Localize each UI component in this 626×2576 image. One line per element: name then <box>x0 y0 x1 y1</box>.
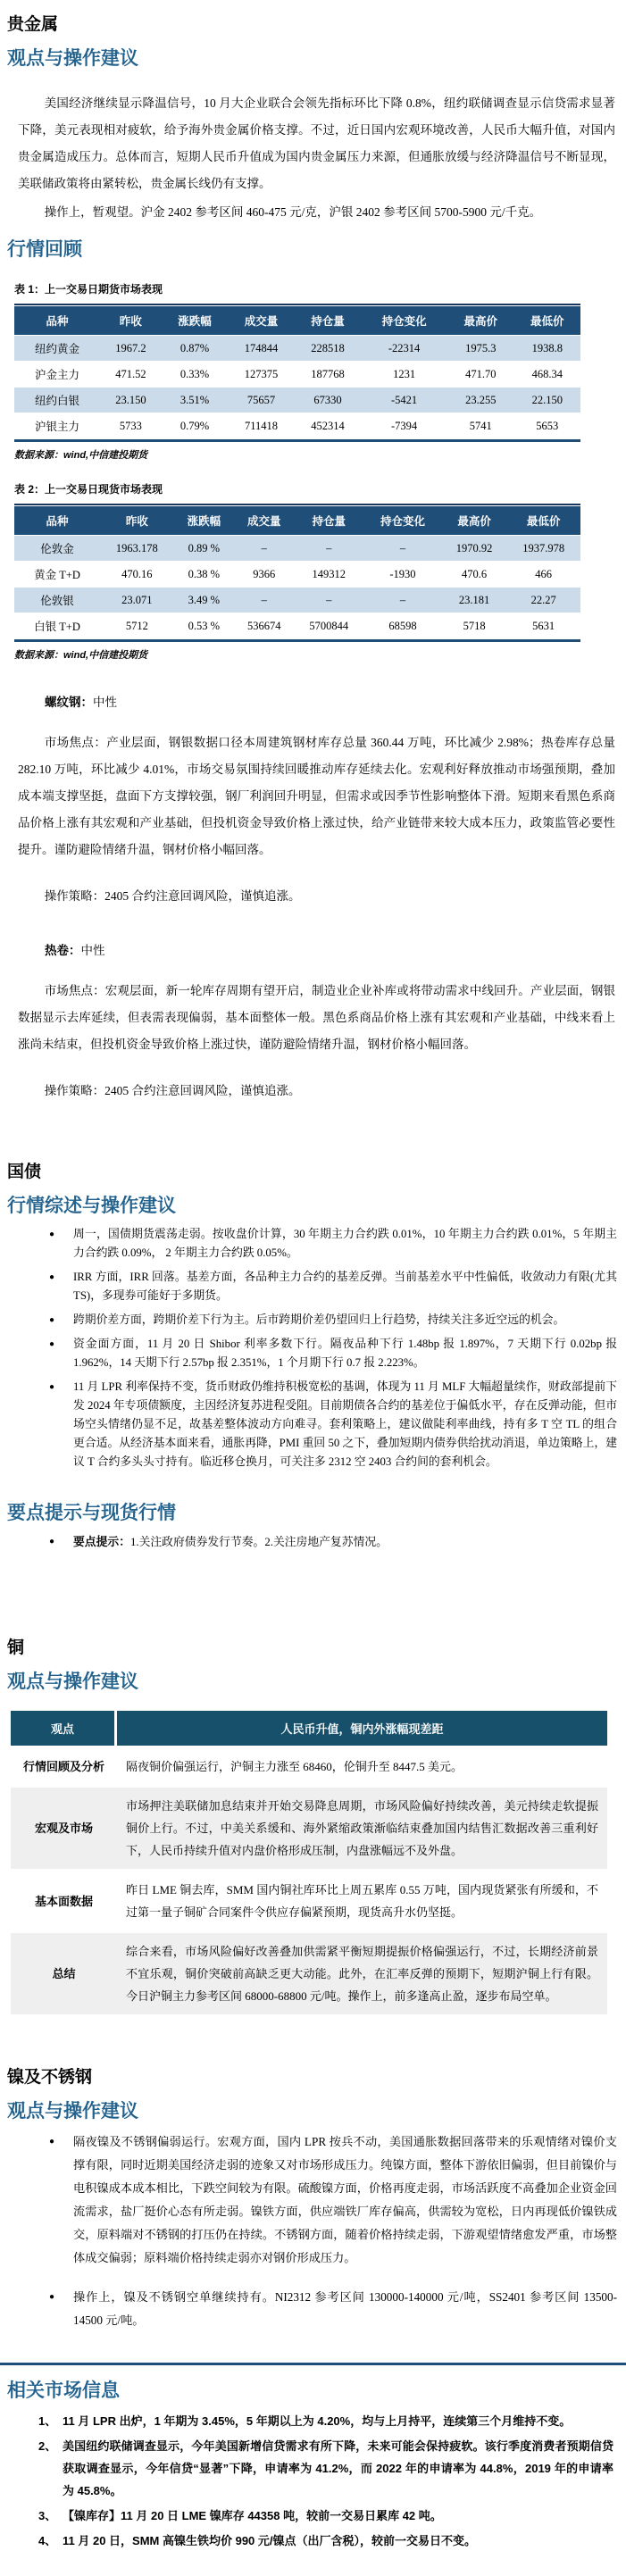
table-cell: 1938.8 <box>514 336 581 361</box>
table-cell: 0.87% <box>162 336 228 361</box>
data-source-note: 数据来源：wind,中信建投期货 <box>14 447 626 462</box>
table-cell: 3.51% <box>162 388 228 413</box>
hot-coil-rating: 中性 <box>81 944 105 957</box>
view-row-text: 隔夜铜价偏强运行，沪铜主力涨至 68460，伦铜升至 8447.5 美元。 <box>117 1748 607 1785</box>
nickel-bullet-list: 隔夜镍及不锈钢偏弱运行。宏观方面，国内 LPR 按兵不动，美国通胀数据回落带来的… <box>0 2130 617 2332</box>
table-cell: 1967.2 <box>100 336 162 361</box>
table-cell: 0.89 % <box>174 536 234 561</box>
spot-table: 品种 昨收 涨跌幅 成交量 持仓量 持仓变化 最高价 最低价 伦敦金 1963.… <box>14 504 580 642</box>
bullet-item: 跨期价差方面，跨期价差下行为主。后市跨期价差仍望回归上行趋势，持续关注多近空远的… <box>73 1311 617 1330</box>
table-cell: 3.49 % <box>174 588 234 613</box>
table-cell: 1937.978 <box>506 536 580 561</box>
col-prev-close: 昨收 <box>100 506 174 535</box>
table-cell: 711418 <box>228 413 294 438</box>
rebar-rating-line: 螺纹钢：中性 <box>45 692 615 710</box>
view-table-row: 宏观及市场 市场押注美联储加息结束并开始交易降息周期，市场风险偏好持续改善，美元… <box>11 1788 607 1869</box>
table-cell: 452314 <box>295 413 361 438</box>
heading-market-info: 相关市场信息 <box>7 2376 626 2403</box>
hot-coil-label: 热卷： <box>45 944 81 957</box>
table-cell: 187768 <box>295 362 361 387</box>
col-oi-change: 持仓变化 <box>363 506 442 535</box>
table-cell: -22314 <box>361 336 447 361</box>
table-cell: 0.53 % <box>174 613 234 638</box>
table-row: 纽约黄金 1967.2 0.87% 174844 228518 -22314 1… <box>14 336 580 361</box>
futures-table-caption: 表 1：上一交易日期货市场表现 <box>14 281 626 296</box>
table-row: 沪金主力 471.52 0.33% 127375 187768 1231 471… <box>14 362 580 387</box>
view-row-text: 昨日 LME 铜去库，SMM 国内铜社库环比上周五累库 0.55 万吨，国内现货… <box>117 1872 607 1930</box>
table-row: 黄金 T+D 470.16 0.38 % 9366 149312 -1930 4… <box>14 562 580 587</box>
view-table-row: 基本面数据 昨日 LME 铜去库，SMM 国内铜社库环比上周五累库 0.55 万… <box>11 1872 607 1930</box>
bonds-keypoint-list: 要点提示：1.关注政府债券发行节奏。2.关注房地产复苏情况。 <box>0 1532 617 1552</box>
bullet-item: 要点提示：1.关注政府债券发行节奏。2.关注房地产复苏情况。 <box>73 1532 617 1552</box>
market-info-item: 2、 美国纽约联储调查显示，今年美国新增信贷需求有所下降，未来可能会保持疲软。该… <box>38 2435 613 2502</box>
table-cell: 纽约白银 <box>14 388 100 413</box>
table-cell: 5700844 <box>295 613 364 638</box>
col-change: 涨跌幅 <box>174 506 234 535</box>
table-cell: 23.071 <box>100 588 174 613</box>
heading-nickel-advice: 观点与操作建议 <box>7 2097 626 2123</box>
bullet-item: 资金面方面，11 月 20 日 Shibor 利率多数下行。隔夜品种下行 1.4… <box>73 1335 617 1372</box>
view-header-label: 观点 <box>11 1711 117 1746</box>
table-cell: – <box>295 536 364 561</box>
table-cell: 22.27 <box>506 588 580 613</box>
market-info-list: 1、 11 月 LPR 出炉，1 年期为 3.45%，5 年期以上为 4.20%… <box>0 2410 626 2552</box>
table-cell: 23.255 <box>447 388 513 413</box>
bullet-item: 隔夜镍及不锈钢偏弱运行。宏观方面，国内 LPR 按兵不动，美国通胀数据回落带来的… <box>73 2130 617 2270</box>
view-header-title: 人民币升值，铜内外涨幅现差距 <box>117 1711 607 1746</box>
table-row: 白银 T+D 5712 0.53 % 536674 5700844 68598 … <box>14 613 580 638</box>
table-cell: 沪金主力 <box>14 362 100 387</box>
col-low: 最低价 <box>514 306 581 335</box>
view-row-label: 宏观及市场 <box>11 1788 117 1869</box>
table-cell: 22.150 <box>514 388 581 413</box>
table-cell: 468.34 <box>514 362 581 387</box>
bullet-item: 操作上，镍及不锈钢空单继续持有。NI2312 参考区间 130000-14000… <box>73 2286 617 2332</box>
table-cell: 23.181 <box>442 588 506 613</box>
view-row-label: 总结 <box>11 1933 117 2014</box>
table-cell: 67330 <box>295 388 361 413</box>
rebar-label: 螺纹钢： <box>45 696 93 709</box>
table-cell: 沪银主力 <box>14 413 100 438</box>
table-cell: -5421 <box>361 388 447 413</box>
item-number: 1、 <box>38 2410 63 2432</box>
table-cell: 75657 <box>228 388 294 413</box>
view-row-label: 基本面数据 <box>11 1872 117 1930</box>
table-cell: 5631 <box>506 613 580 638</box>
table-cell: 174844 <box>228 336 294 361</box>
table-cell: 1970.92 <box>442 536 506 561</box>
table-cell: 5653 <box>514 413 581 438</box>
table-cell: – <box>295 588 364 613</box>
rebar-rating: 中性 <box>93 696 117 709</box>
item-number: 2、 <box>38 2435 63 2502</box>
col-variety: 品种 <box>14 306 100 335</box>
table-row: 伦敦银 23.071 3.49 % – – – 23.181 22.27 <box>14 588 580 613</box>
table-cell: – <box>234 536 294 561</box>
item-number: 4、 <box>38 2530 63 2552</box>
paragraph-hot-coil-strategy: 操作策略：2405 合约注意回调风险，谨慎追涨。 <box>18 1078 615 1105</box>
col-high: 最高价 <box>447 306 513 335</box>
table-cell: 白银 T+D <box>14 613 100 638</box>
col-open-interest: 持仓量 <box>295 506 364 535</box>
keypoint-label: 要点提示： <box>73 1535 130 1548</box>
market-info-item: 3、 【镍库存】11 月 20 日 LME 镍库存 44358 吨，较前一交易日… <box>38 2505 613 2527</box>
table-cell: 0.79% <box>162 413 228 438</box>
col-oi-change: 持仓变化 <box>361 306 447 335</box>
market-info-item: 1、 11 月 LPR 出炉，1 年期为 3.45%，5 年期以上为 4.20%… <box>38 2410 613 2432</box>
table-row: 沪银主力 5733 0.79% 711418 452314 -7394 5741… <box>14 413 580 438</box>
paragraph-pm-operation: 操作上，暂观望。沪金 2402 参考区间 460-475 元/克，沪银 2402… <box>18 199 615 226</box>
table-cell: -7394 <box>361 413 447 438</box>
table-cell: 1231 <box>361 362 447 387</box>
section-title-nickel: 镍及不锈钢 <box>7 2063 626 2088</box>
bullet-item: 11 月 LPR 利率保持不变，货币财政仍维持积极宽松的基调，体现为 11 月 … <box>73 1378 617 1471</box>
table-cell: 466 <box>506 562 580 587</box>
table-header-row: 品种 昨收 涨跌幅 成交量 持仓量 持仓变化 最高价 最低价 <box>14 306 580 335</box>
table-cell: 黄金 T+D <box>14 562 100 587</box>
bullet-item: 周一，国债期货震荡走弱。按收盘价计算，30 年期主力合约跌 0.01%，10 年… <box>73 1225 617 1263</box>
table-cell: 471.52 <box>100 362 162 387</box>
paragraph-rebar-focus: 市场焦点：产业层面，钢银数据口径本周建筑钢材库存总量 360.44 万吨，环比减… <box>18 729 615 863</box>
col-volume: 成交量 <box>228 306 294 335</box>
copper-view-table: 观点 人民币升值，铜内外涨幅现差距 行情回顾及分析 隔夜铜价偏强运行，沪铜主力涨… <box>11 1708 607 2017</box>
table-cell: 470.6 <box>442 562 506 587</box>
report-page: 贵金属 观点与操作建议 美国经济继续显示降温信号，10 月大企业联合会领先指标环… <box>0 0 626 2576</box>
bonds-bullet-list: 周一，国债期货震荡走弱。按收盘价计算，30 年期主力合约跌 0.01%，10 年… <box>0 1225 617 1471</box>
table-cell: 536674 <box>234 613 294 638</box>
table-cell: 228518 <box>295 336 361 361</box>
paragraph-hot-coil-focus: 市场焦点：宏观层面，新一轮库存周期有望开启，制造业企业补库或将带动需求中线回升。… <box>18 978 615 1058</box>
col-change: 涨跌幅 <box>162 306 228 335</box>
heading-copper-advice: 观点与操作建议 <box>7 1667 626 1694</box>
table-cell: 1975.3 <box>447 336 513 361</box>
table-cell: 0.38 % <box>174 562 234 587</box>
data-source-note: 数据来源：wind,中信建投期货 <box>14 647 626 662</box>
col-open-interest: 持仓量 <box>295 306 361 335</box>
view-row-label: 行情回顾及分析 <box>11 1748 117 1785</box>
table-cell: 470.16 <box>100 562 174 587</box>
table-cell: 68598 <box>363 613 442 638</box>
table-cell: 5741 <box>447 413 513 438</box>
table-cell: -1930 <box>363 562 442 587</box>
table-cell: 149312 <box>295 562 364 587</box>
col-variety: 品种 <box>14 506 100 535</box>
section-title-copper: 铜 <box>7 1634 626 1658</box>
view-table-header-row: 观点 人民币升值，铜内外涨幅现差距 <box>11 1711 607 1746</box>
heading-bonds-summary: 行情综述与操作建议 <box>7 1191 626 1218</box>
item-text: 美国纽约联储调查显示，今年美国新增信贷需求有所下降，未来可能会保持疲软。该行季度… <box>63 2435 613 2502</box>
heading-advice-precious-metals: 观点与操作建议 <box>7 44 626 71</box>
item-text: 11 月 LPR 出炉，1 年期为 3.45%，5 年期以上为 4.20%，均与… <box>63 2410 613 2432</box>
table-cell: 0.33% <box>162 362 228 387</box>
table-cell: – <box>234 588 294 613</box>
table-cell: 5718 <box>442 613 506 638</box>
col-volume: 成交量 <box>234 506 294 535</box>
table-header-row: 品种 昨收 涨跌幅 成交量 持仓量 持仓变化 最高价 最低价 <box>14 506 580 535</box>
spot-table-caption: 表 2：上一交易日现货市场表现 <box>14 481 626 496</box>
table-row: 伦敦金 1963.178 0.89 % – – – 1970.92 1937.9… <box>14 536 580 561</box>
col-low: 最低价 <box>506 506 580 535</box>
table-row: 纽约白银 23.150 3.51% 75657 67330 -5421 23.2… <box>14 388 580 413</box>
table-cell: 纽约黄金 <box>14 336 100 361</box>
table-cell: 5733 <box>100 413 162 438</box>
table-cell: 127375 <box>228 362 294 387</box>
hot-coil-rating-line: 热卷：中性 <box>45 940 615 958</box>
futures-table: 品种 昨收 涨跌幅 成交量 持仓量 持仓变化 最高价 最低价 纽约黄金 1967… <box>14 304 580 442</box>
heading-bonds-keypoints: 要点提示与现货行情 <box>7 1498 626 1525</box>
table-cell: 9366 <box>234 562 294 587</box>
item-text: 11 月 20 日，SMM 高镍生铁均价 990 元/镍点（出厂含税），较前一交… <box>63 2530 613 2552</box>
market-info-item: 4、 11 月 20 日，SMM 高镍生铁均价 990 元/镍点（出厂含税），较… <box>38 2530 613 2552</box>
heading-market-review: 行情回顾 <box>7 235 626 262</box>
section-title-precious-metals: 贵金属 <box>7 11 626 35</box>
view-table-row: 总结 综合来看，市场风险偏好改善叠加供需紧平衡短期提振价格偏强运行，不过，长期经… <box>11 1933 607 2014</box>
item-number: 3、 <box>38 2505 63 2527</box>
table-cell: – <box>363 588 442 613</box>
col-prev-close: 昨收 <box>100 306 162 335</box>
keypoint-text: 1.关注政府债券发行节奏。2.关注房地产复苏情况。 <box>130 1536 388 1548</box>
table-cell: 471.70 <box>447 362 513 387</box>
table-cell: 23.150 <box>100 388 162 413</box>
view-row-text: 综合来看，市场风险偏好改善叠加供需紧平衡短期提振价格偏强运行，不过，长期经济前景… <box>117 1933 607 2014</box>
view-table-row: 行情回顾及分析 隔夜铜价偏强运行，沪铜主力涨至 68460，伦铜升至 8447.… <box>11 1748 607 1785</box>
paragraph-pm-view: 美国经济继续显示降温信号，10 月大企业联合会领先指标环比下降 0.8%，纽约联… <box>18 90 615 197</box>
bullet-item: IRR 方面，IRR 回落。基差方面，各品种主力合约的基差反弹。当前基差水平中性… <box>73 1268 617 1305</box>
view-row-text: 市场押注美联储加息结束并开始交易降息周期，市场风险偏好持续改善，美元持续走软提振… <box>117 1788 607 1869</box>
paragraph-rebar-strategy: 操作策略：2405 合约注意回调风险，谨慎追涨。 <box>18 883 615 910</box>
table-cell: – <box>363 536 442 561</box>
table-cell: 1963.178 <box>100 536 174 561</box>
col-high: 最高价 <box>442 506 506 535</box>
table-cell: 5712 <box>100 613 174 638</box>
market-info-section: 相关市场信息 1、 11 月 LPR 出炉，1 年期为 3.45%，5 年期以上… <box>0 2363 626 2552</box>
section-title-bonds: 国债 <box>7 1158 626 1182</box>
item-text: 【镍库存】11 月 20 日 LME 镍库存 44358 吨，较前一交易日累库 … <box>63 2505 613 2527</box>
table-cell: 伦敦银 <box>14 588 100 613</box>
table-cell: 伦敦金 <box>14 536 100 561</box>
